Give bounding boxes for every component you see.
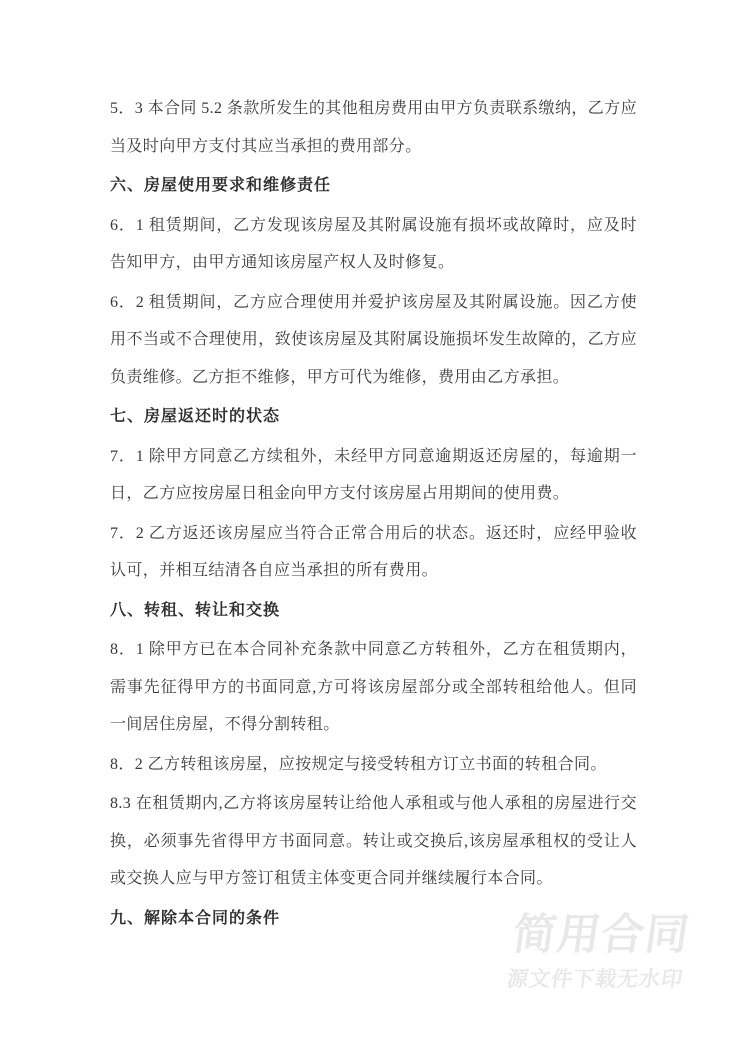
section-heading: 八、转租、转让和交换 bbox=[110, 592, 637, 630]
section-heading: 七、房屋返还时的状态 bbox=[110, 398, 637, 436]
contract-paragraph: 8．2 乙方转租该房屋，应按规定与接受转租方订立书面的转租合同。 bbox=[110, 746, 637, 784]
contract-paragraph: 6．2 租赁期间，乙方应合理使用并爱护该房屋及其附属设施。因乙方使用不当或不合理… bbox=[110, 284, 637, 397]
contract-paragraph: 8．1 除甲方已在本合同补充条款中同意乙方转租外，乙方在租赁期内，需事先征得甲方… bbox=[110, 631, 637, 744]
watermark-title: 简用合同 bbox=[510, 912, 692, 958]
contract-paragraph: 8.3 在租赁期内,乙方将该房屋转让给他人承租或与他人承租的房屋进行交换，必须事… bbox=[110, 785, 637, 898]
contract-paragraph: 7．2 乙方返还该房屋应当符合正常合用后的状态。返还时，应经甲验收认可，并相互结… bbox=[110, 515, 637, 590]
watermark: 简用合同 源文件下载无水印 bbox=[505, 912, 692, 992]
contract-paragraph: 5．3 本合同 5.2 条款所发生的其他租房费用由甲方负责联系缴纳，乙方应当及时… bbox=[110, 90, 637, 165]
contract-page: 5．3 本合同 5.2 条款所发生的其他租房费用由甲方负责联系缴纳，乙方应当及时… bbox=[0, 0, 742, 1049]
watermark-subtitle: 源文件下载无水印 bbox=[505, 968, 684, 992]
contract-body: 5．3 本合同 5.2 条款所发生的其他租房费用由甲方负责联系缴纳，乙方应当及时… bbox=[110, 90, 637, 939]
contract-paragraph: 7．1 除甲方同意乙方续租外，未经甲方同意逾期返还房屋的，每逾期一日，乙方应按房… bbox=[110, 438, 637, 513]
section-heading: 六、房屋使用要求和维修责任 bbox=[110, 167, 637, 205]
contract-paragraph: 6．1 租赁期间，乙方发现该房屋及其附属设施有损坏或故障时，应及时告知甲方，由甲… bbox=[110, 207, 637, 282]
